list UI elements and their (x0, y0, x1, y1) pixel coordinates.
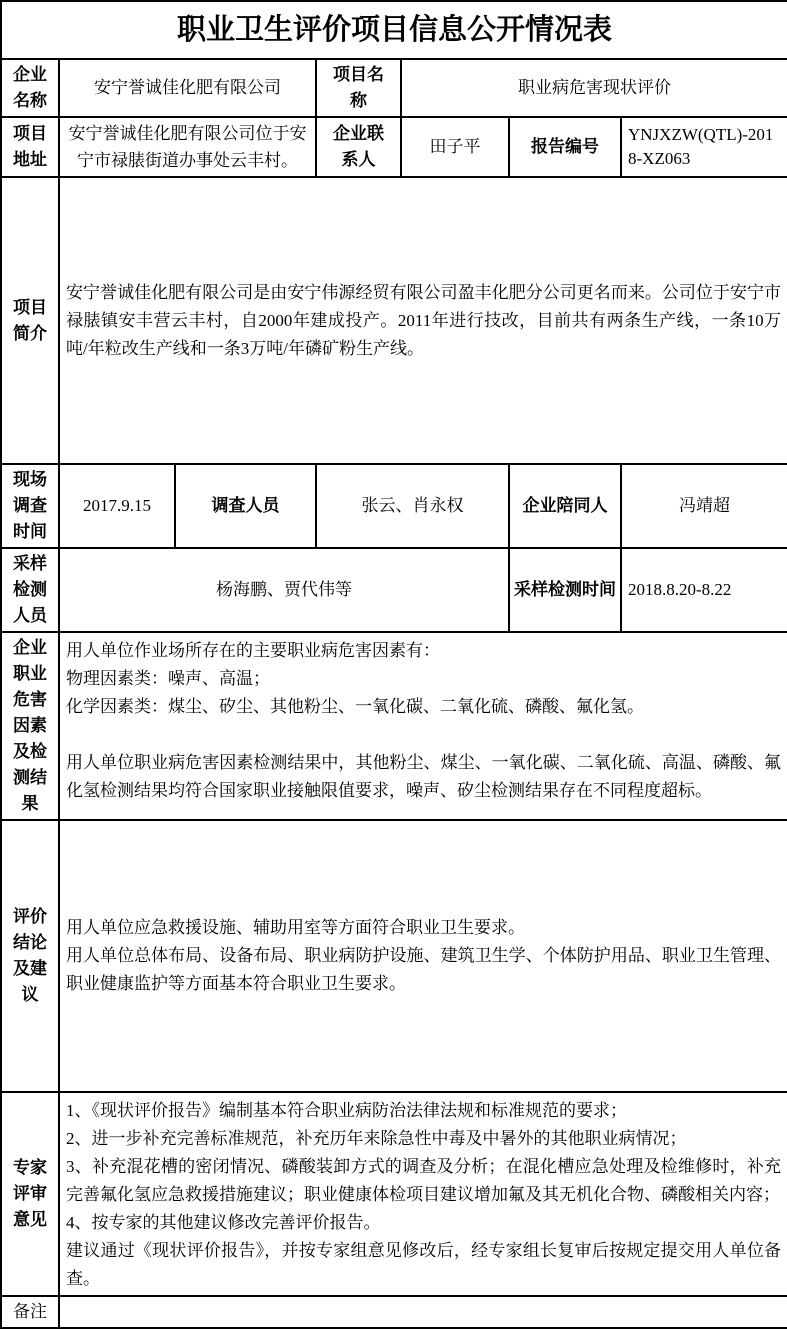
conclusion-paragraph-1: 用人单位应急救援设施、辅助用室等方面符合职业卫生要求。 (66, 914, 781, 942)
review-label: 专家评审意见 (1, 1092, 59, 1296)
document: 职业卫生评价项目信息公开情况表 企业名称 安宁誉诚佳化肥有限公司 项目名称 职业… (0, 0, 787, 1329)
title-row: 职业卫生评价项目信息公开情况表 (1, 1, 787, 59)
report-number-value: YNJXZW(QTL)-2018-XZ063 (621, 117, 787, 177)
review-content: 1、《现状评价报告》编制基本符合职业病防治法律法规和标准规范的要求； 2、进一步… (59, 1092, 787, 1296)
row-company: 企业名称 安宁誉诚佳化肥有限公司 项目名称 职业病危害现状评价 (1, 59, 787, 117)
hazards-paragraph-2: 物理因素类：噪声、高温； (66, 665, 781, 693)
conclusion-label: 评价结论及建议 (1, 820, 59, 1092)
sampling-time-value: 2018.8.20-8.22 (621, 548, 787, 632)
project-address-label: 项目地址 (1, 117, 59, 177)
survey-staff-label: 调查人员 (175, 464, 316, 548)
project-address-value: 安宁誉诚佳化肥有限公司位于安宁市禄脿街道办事处云丰村。 (59, 117, 316, 177)
review-paragraph-2: 2、进一步补充完善标准规范，补充历年来除急性中毒及中暑外的其他职业病情况； (66, 1125, 781, 1153)
remark-value (59, 1296, 787, 1328)
escort-value: 冯靖超 (621, 464, 787, 548)
hazards-paragraph-4: 用人单位职业病危害因素检测结果中，其他粉尘、煤尘、一氧化碳、二氧化硫、高温、磷酸… (66, 749, 781, 805)
hazards-content: 用人单位作业场所存在的主要职业病危害因素有： 物理因素类：噪声、高温； 化学因素… (59, 632, 787, 820)
survey-staff-value: 张云、肖永权 (316, 464, 509, 548)
row-hazards: 企业职业危害因素及检测结果 用人单位作业场所存在的主要职业病危害因素有： 物理因… (1, 632, 787, 820)
company-name-label: 企业名称 (1, 59, 59, 117)
survey-time-label: 现场调查时间 (1, 464, 59, 548)
hazards-paragraph-3: 化学因素类：煤尘、矽尘、其他粉尘、一氧化碳、二氧化硫、磷酸、氟化氢。 (66, 693, 781, 721)
review-paragraph-3: 3、补充混花槽的密闭情况、磷酸装卸方式的调查及分析；在混化槽应急处理及检维修时，… (66, 1153, 781, 1209)
survey-date-value: 2017.9.15 (59, 464, 175, 548)
row-survey: 现场调查时间 2017.9.15 调查人员 张云、肖永权 企业陪同人 冯靖超 (1, 464, 787, 548)
hazards-label: 企业职业危害因素及检测结果 (1, 632, 59, 820)
project-intro-label: 项目简介 (1, 177, 59, 464)
project-name-label: 项目名称 (316, 59, 401, 117)
review-paragraph-1: 1、《现状评价报告》编制基本符合职业病防治法律法规和标准规范的要求； (66, 1097, 781, 1125)
row-review: 专家评审意见 1、《现状评价报告》编制基本符合职业病防治法律法规和标准规范的要求… (1, 1092, 787, 1296)
company-name-value: 安宁誉诚佳化肥有限公司 (59, 59, 316, 117)
conclusion-content: 用人单位应急救援设施、辅助用室等方面符合职业卫生要求。 用人单位总体布局、设备布… (59, 820, 787, 1092)
report-number-label: 报告编号 (509, 117, 621, 177)
row-intro: 项目简介 安宁誉诚佳化肥有限公司是由安宁伟源经贸有限公司盈丰化肥分公司更名而来。… (1, 177, 787, 464)
conclusion-paragraph-2: 用人单位总体布局、设备布局、职业病防护设施、建筑卫生学、个体防护用品、职业卫生管… (66, 942, 781, 998)
remark-label: 备注 (1, 1296, 59, 1328)
row-address: 项目地址 安宁誉诚佳化肥有限公司位于安宁市禄脿街道办事处云丰村。 企业联系人 田… (1, 117, 787, 177)
sampling-staff-label: 采样检测人员 (1, 548, 59, 632)
page-title: 职业卫生评价项目信息公开情况表 (1, 1, 787, 59)
review-paragraph-5: 建议通过《现状评价报告》，并按专家组意见修改后，经专家组长复审后按规定提交用人单… (66, 1237, 781, 1293)
row-sampling: 采样检测人员 杨海鹏、贾代伟等 采样检测时间 2018.8.20-8.22 (1, 548, 787, 632)
row-remark: 备注 (1, 1296, 787, 1328)
sampling-time-label: 采样检测时间 (509, 548, 621, 632)
project-intro-value: 安宁誉诚佳化肥有限公司是由安宁伟源经贸有限公司盈丰化肥分公司更名而来。公司位于安… (59, 177, 787, 464)
hazards-paragraph-1: 用人单位作业场所存在的主要职业病危害因素有： (66, 637, 781, 665)
sampling-staff-value: 杨海鹏、贾代伟等 (59, 548, 509, 632)
project-name-value: 职业病危害现状评价 (401, 59, 787, 117)
row-conclusion: 评价结论及建议 用人单位应急救援设施、辅助用室等方面符合职业卫生要求。 用人单位… (1, 820, 787, 1092)
review-paragraph-4: 4、按专家的其他建议修改完善评价报告。 (66, 1209, 781, 1237)
company-contact-label: 企业联系人 (316, 117, 401, 177)
company-contact-value: 田子平 (401, 117, 509, 177)
info-disclosure-table: 职业卫生评价项目信息公开情况表 企业名称 安宁誉诚佳化肥有限公司 项目名称 职业… (0, 0, 787, 1329)
escort-label: 企业陪同人 (509, 464, 621, 548)
